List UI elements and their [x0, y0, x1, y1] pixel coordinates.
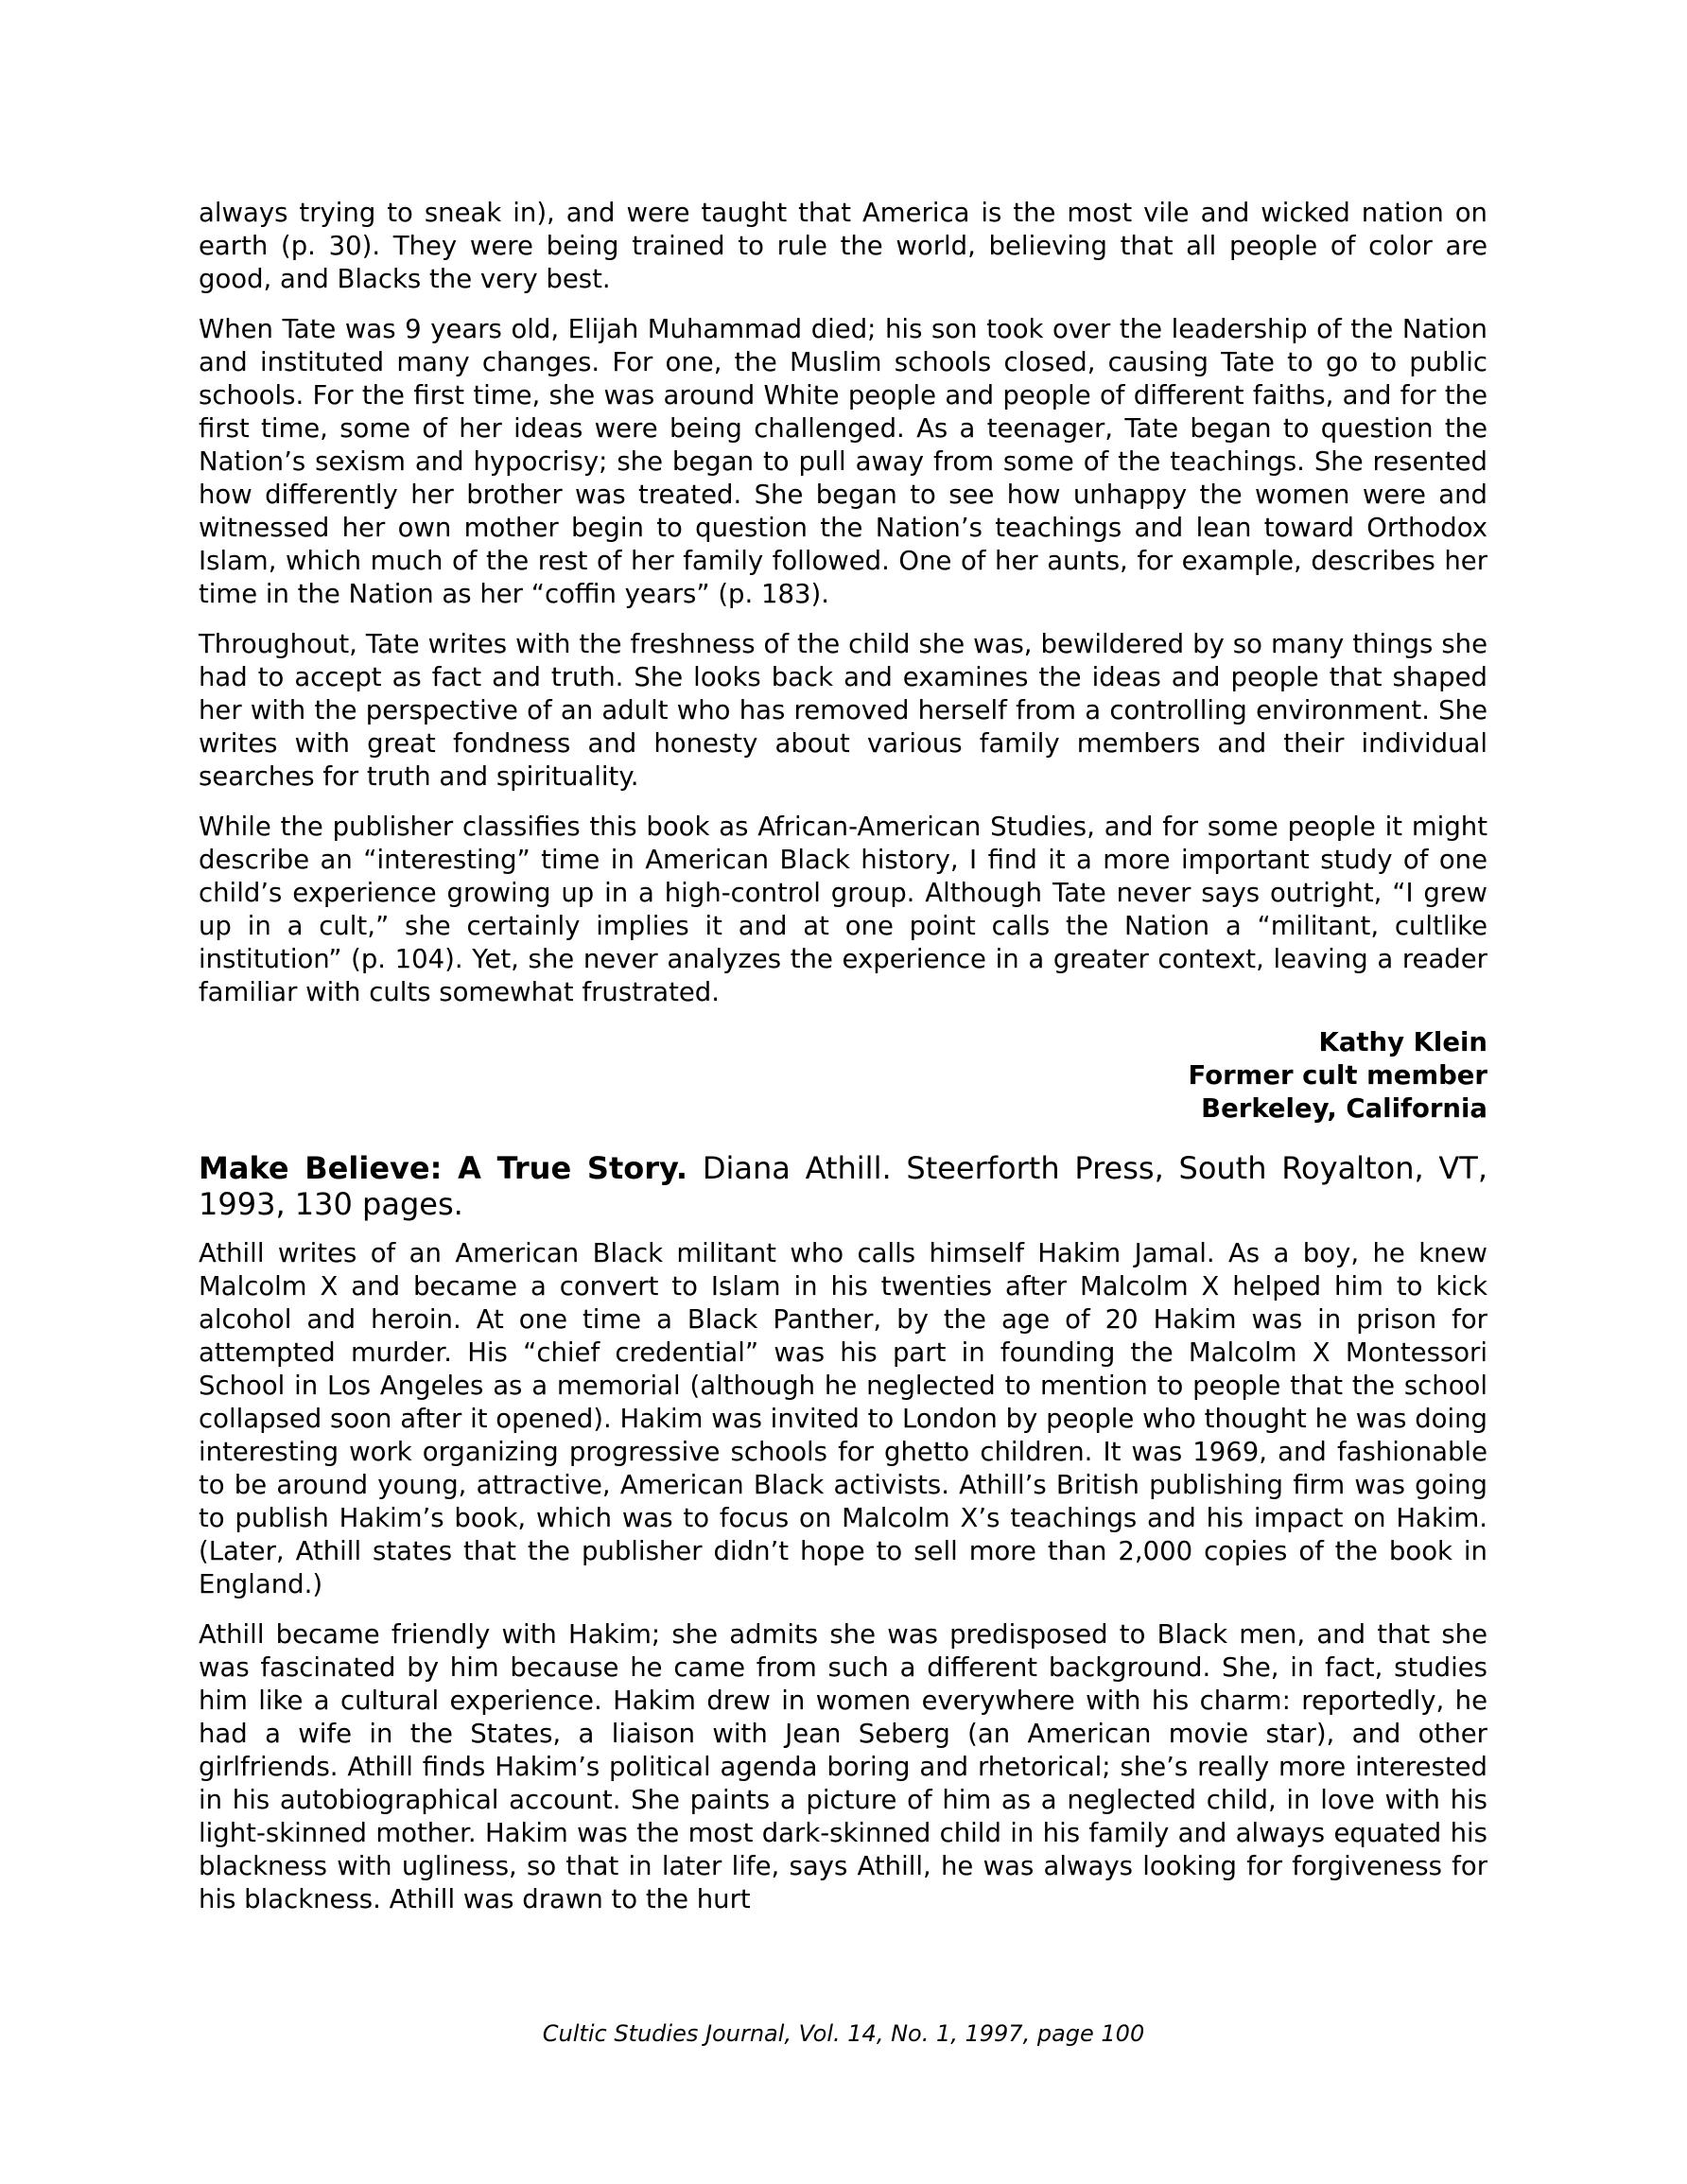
reviewer-signature: Kathy Klein Former cult member Berkeley,… [199, 1026, 1487, 1126]
reviewer-role: Former cult member [199, 1059, 1487, 1092]
page-body: always trying to sneak in), and were tau… [199, 197, 1487, 1933]
paragraph: When Tate was 9 years old, Elijah Muhamm… [199, 313, 1487, 611]
paragraph: While the publisher classifies this book… [199, 811, 1487, 1009]
paragraph: Athill became friendly with Hakim; she a… [199, 1618, 1487, 1916]
reviewer-location: Berkeley, California [199, 1092, 1487, 1126]
paragraph: Throughout, Tate writes with the freshne… [199, 628, 1487, 794]
book-review-heading: Make Believe: A True Story. Diana Athill… [199, 1150, 1487, 1222]
paragraph: always trying to sneak in), and were tau… [199, 197, 1487, 296]
paragraph: Athill writes of an American Black milit… [199, 1237, 1487, 1601]
page-footer: Cultic Studies Journal, Vol. 14, No. 1, … [0, 2020, 1687, 2047]
book-title: Make Believe: A True Story. [199, 1150, 687, 1186]
reviewer-name: Kathy Klein [199, 1026, 1487, 1059]
